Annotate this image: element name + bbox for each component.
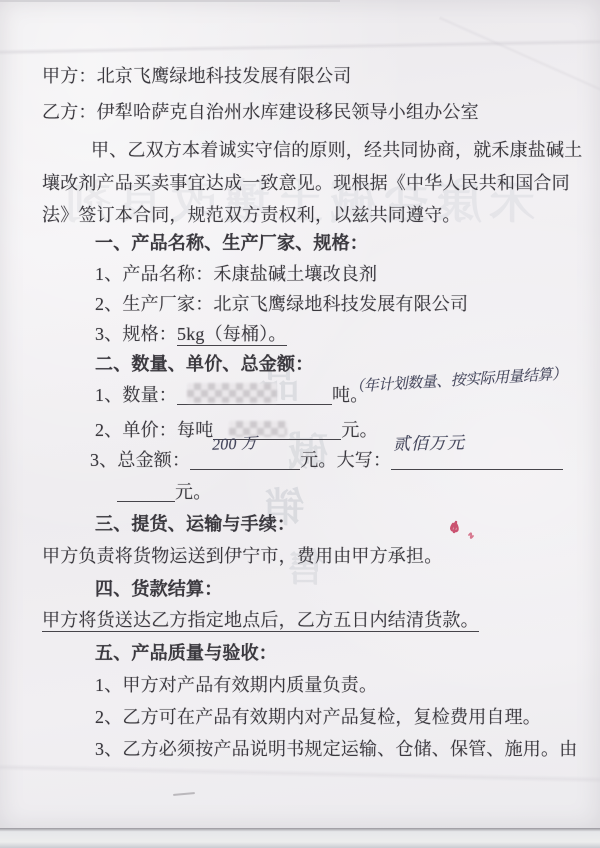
section4-body: 甲方将货送达乙方指定地点后，乙方五日内结清货款。 [42,606,479,632]
unit-price-prefix: 2、单价：每吨 [95,420,213,440]
section1-item2: 2、生产厂家：北京飞鹰绿地科技发展有限公司 [95,290,468,316]
quantity-handwritten-note: （年计划数量、按实际用量结算） [349,362,567,396]
pencil-mark [173,792,195,796]
section3-body: 甲方负责将货物运送到伊宁市，费用由甲方承担。 [42,542,442,568]
total-continuation-blank [117,482,175,502]
total-amount-line: 3、总金额：200 万元。大写：贰佰万元 [90,446,563,472]
total-continuation-suffix: 元。 [175,482,211,502]
paper: 禾康盐碱土壤改良剂 品 碱 销 售 甲方：北京飞鹰绿地科技发展有限公司 乙方：伊… [0,0,600,828]
total-amount-handwritten: 200 万 [212,430,258,455]
quantity-line: 1、数量：吨。 [95,381,368,407]
quantity-prefix: 1、数量： [95,385,177,405]
section1-item3: 3、规格：5kg（每桶）。 [95,320,287,346]
section3-heading: 三、提货、运输与手续： [95,510,295,536]
section1-heading: 一、产品名称、生产厂家、规格： [95,229,368,255]
section5-item3: 3、乙方必须按产品说明书规定运输、仓储、保管、施用。由 [95,735,577,761]
quantity-blank [177,385,332,405]
section5-heading: 五、产品质量与验收： [95,639,277,665]
total-prefix: 3、总金额： [90,450,190,470]
scan-edge-artifact [0,0,340,2]
section5-item2: 2、乙方可在产品有效期内对产品复检，复检费用自理。 [95,703,541,729]
section5-item1: 1、甲方对产品有效期内质量负责。 [95,671,377,697]
paper-crease [0,764,600,784]
section2-heading: 二、数量、单价、总金额： [95,350,313,376]
paper-crease [0,39,600,55]
unit-price-suffix: 元。 [341,420,377,440]
preamble-line-3: 法》签订本合同，规范双方责权利，以兹共同遵守。 [42,201,461,227]
spec-prefix: 3、规格： [95,324,177,344]
paper-crease [438,15,600,109]
scanner-edge [0,828,600,848]
section4-heading: 四、货款结算： [95,575,222,601]
party-b-line: 乙方：伊犁哈萨克自治州水库建设移民领导小组办公室 [42,98,479,124]
preamble-line-1: 甲、乙双方本着诚实守信的原则，经共同协商，就禾康盐碱土 [91,136,582,162]
scanned-contract-page: 禾康盐碱土壤改良剂 品 碱 销 售 甲方：北京飞鹰绿地科技发展有限公司 乙方：伊… [0,0,600,848]
redaction-mosaic [187,383,277,403]
total-caps-handwritten: 贰佰万元 [393,428,465,454]
red-ink-mark [444,514,488,548]
total-amount-blank: 200 万 [190,450,300,470]
total-mid: 元。大写： [300,450,391,470]
total-amount-continuation: 元。 [117,478,211,504]
section4-body-underlined: 甲方将货送达乙方指定地点后，乙方五日内结清货款。 [42,610,479,632]
section1-item1: 1、产品名称：禾康盐碱土壤改良剂 [95,260,377,286]
preamble-line-2: 壤改剂产品买卖事宜达成一致意见。现根据《中华人民共和国合同 [42,169,570,195]
party-a-line: 甲方：北京飞鹰绿地科技发展有限公司 [42,62,351,88]
total-caps-blank: 贰佰万元 [391,450,563,470]
spec-value-underlined: 5kg（每桶）。 [177,324,287,346]
